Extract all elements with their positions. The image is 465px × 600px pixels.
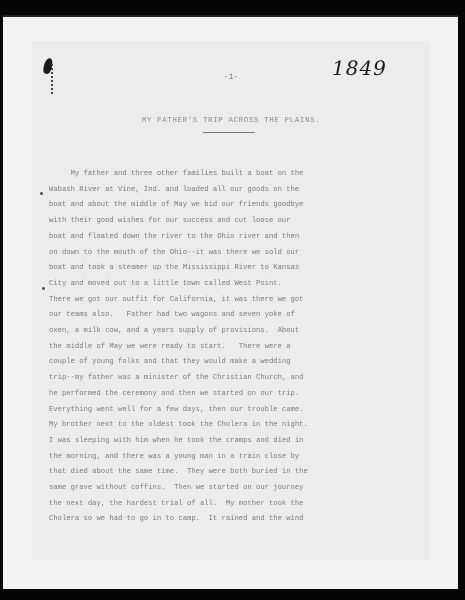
- text-line: he performed the ceremony and then we st…: [49, 387, 409, 403]
- text-line: City and moved out to a little town call…: [49, 277, 409, 293]
- text-line: the middle of May we were ready to start…: [49, 340, 409, 356]
- text-line: Everything went well for a few days, the…: [49, 403, 409, 419]
- title-underline: [203, 132, 255, 133]
- text-line: with their good wishes for our success a…: [49, 214, 409, 230]
- text-line: boat and took a steamer up the Mississip…: [49, 261, 409, 277]
- text-line: couple of young folks and that they woul…: [49, 355, 409, 371]
- text-line: trip--my father was a minister of the Ch…: [49, 371, 409, 387]
- text-line: oxen, a milk cow, and a years supply of …: [49, 324, 409, 340]
- scan-mount: 1849 -1- MY FATHER'S TRIP ACROSS THE PLA…: [3, 15, 458, 589]
- text-line: Wabash River at Vine, Ind. and loaded al…: [49, 183, 409, 199]
- text-line: boat and floated down the river to the O…: [49, 230, 409, 246]
- text-line: the next day, the hardest trial of all. …: [49, 497, 409, 513]
- text-line: There we got our outfit for California, …: [49, 293, 409, 309]
- margin-speck: [42, 287, 45, 290]
- text-line: Cholera so we had to go in to camp. It r…: [49, 512, 409, 528]
- text-line: our teams also. Father had two wagons an…: [49, 308, 409, 324]
- body-text: My father and three other families built…: [49, 167, 409, 528]
- document-title: MY FATHER'S TRIP ACROSS THE PLAINS.: [32, 117, 430, 125]
- page-number: -1-: [32, 73, 430, 82]
- text-line: same grave without coffins. Then we star…: [49, 481, 409, 497]
- text-line: I was sleeping with him when he took the…: [49, 434, 409, 450]
- margin-speck: [40, 192, 43, 195]
- text-line: My father and three other families built…: [49, 167, 409, 183]
- typewritten-page: 1849 -1- MY FATHER'S TRIP ACROSS THE PLA…: [32, 42, 430, 560]
- text-line: that died about the same time. They were…: [49, 465, 409, 481]
- text-line: on down to the mouth of the Ohio--it was…: [49, 246, 409, 262]
- text-line: My brother next to the oldest took the C…: [49, 418, 409, 434]
- text-line: boat and about the middle of May we bid …: [49, 198, 409, 214]
- text-line: the morning, and there was a young man i…: [49, 450, 409, 466]
